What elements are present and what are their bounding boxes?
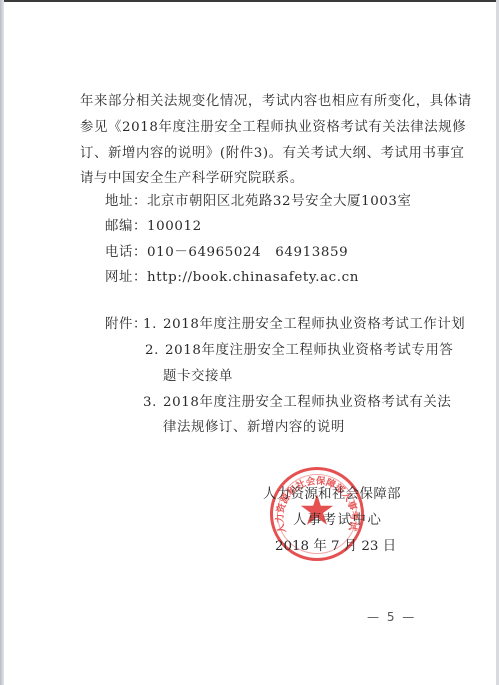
body-line: 订、新增内容的说明》(附件3)。有关考试大纲、考试用书事宜 <box>80 145 465 163</box>
contact-address: 地址：北京市朝阳区北苑路32号安全大厦1003室 <box>105 193 412 211</box>
body-line: 请与中国安全生产科学研究院联系。 <box>80 170 304 188</box>
attachment-number: 3. <box>143 394 157 412</box>
attachment-title-cont: 题卡交接单 <box>163 368 233 386</box>
attachment-title: 2018年度注册安全工程师执业资格考试工作计划 <box>163 316 465 334</box>
scan-edge-top <box>0 0 499 2</box>
attachment-title: 2018年度注册安全工程师执业资格考试有关法 <box>163 394 451 412</box>
attachment-number: 2. <box>145 342 159 360</box>
contact-postcode: 邮编：100012 <box>105 218 202 236</box>
signature-center: 人事考试中心 <box>293 512 382 530</box>
body-line: 参见《2018年度注册安全工程师执业资格考试有关法律法规修 <box>80 119 466 137</box>
body-line: 年来部分相关法规变化情况，考试内容也相应有所变化，具体请 <box>80 93 472 111</box>
attachment-number: 1. <box>143 316 157 334</box>
scan-edge-left <box>0 0 4 685</box>
page-number: — 5 — <box>367 610 416 624</box>
attachments-label: 附件： <box>105 316 147 334</box>
contact-website: 网址：http://book.chinasafety.ac.cn <box>105 269 359 287</box>
attachment-title-cont: 律法规修订、新增内容的说明 <box>163 419 345 437</box>
signature-ministry: 人力资源和社会保障部 <box>263 486 401 504</box>
contact-phone: 电话：010－64965024 64913859 <box>105 244 348 262</box>
signature-date: 2018 年 7 月 23 日 <box>275 538 396 556</box>
attachment-title: 2018年度注册安全工程师执业资格考试专用答 <box>165 342 453 360</box>
